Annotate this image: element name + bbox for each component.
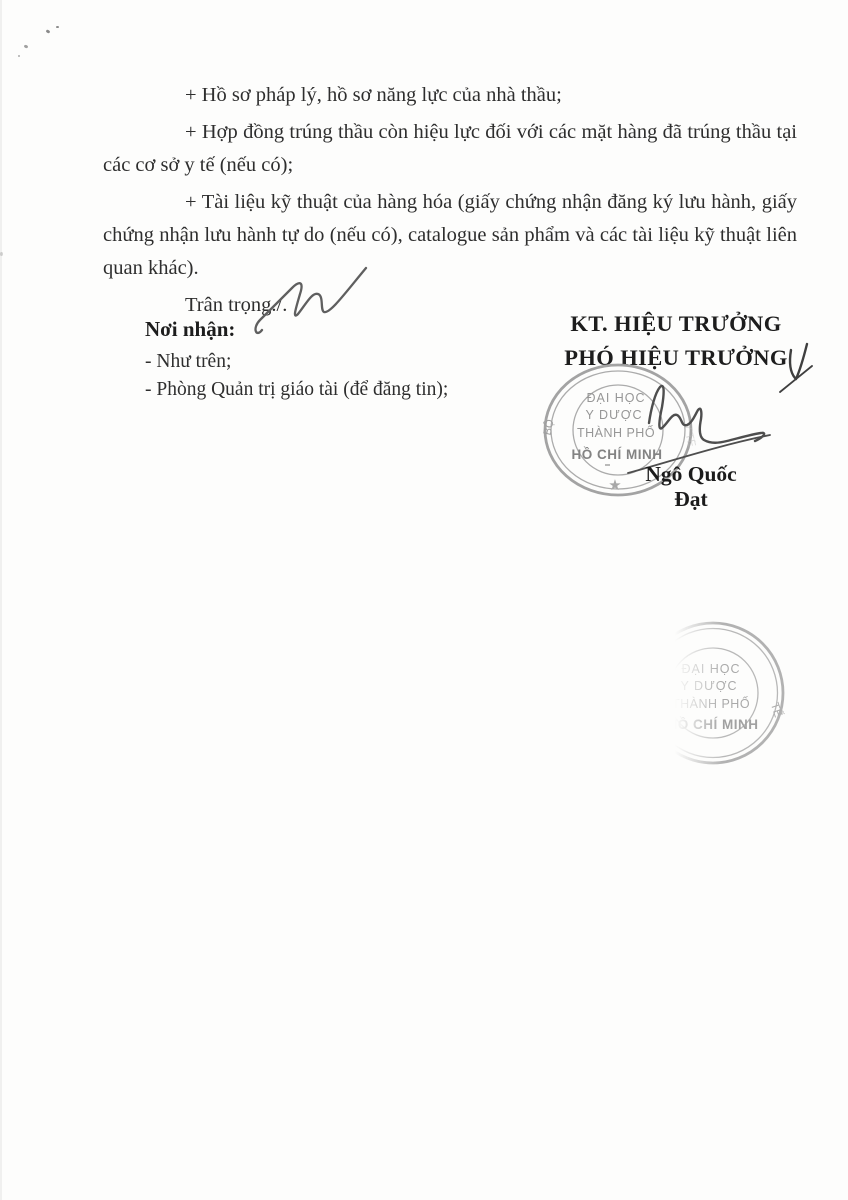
partial-seal-line3: THÀNH PHỐ	[672, 696, 750, 711]
scan-speck	[0, 252, 3, 256]
document-page: + Hồ sơ pháp lý, hồ sơ năng lực của nhà …	[0, 0, 848, 1200]
paragraph-legal-docs: + Hồ sơ pháp lý, hồ sơ năng lực của nhà …	[103, 79, 797, 112]
recipient-item: - Như trên;	[145, 351, 448, 372]
seal-ring-text-left: BỘ	[541, 418, 557, 437]
partial-seal: ĐẠI HỌC Y DƯỢC THÀNH PHỐ HỒ CHÍ MINH TẾ	[633, 613, 793, 773]
scan-speck	[46, 29, 51, 34]
partial-seal-line4: HỒ CHÍ MINH	[668, 717, 759, 732]
recipient-item: - Phòng Quản trị giáo tài (để đăng tin);	[145, 379, 448, 400]
paragraph-tech-docs: + Tài liệu kỹ thuật của hàng hóa (giấy c…	[103, 186, 797, 285]
seal-dash	[605, 464, 610, 466]
signer-name: Ngô Quốc Đạt	[626, 462, 756, 512]
scan-speck	[24, 44, 29, 48]
document-body: + Hồ sơ pháp lý, hồ sơ năng lực của nhà …	[103, 79, 797, 326]
scan-speck	[18, 55, 20, 57]
signer-title-1: KT. HIỆU TRƯỞNG	[556, 312, 796, 335]
scan-edge	[0, 0, 2, 1200]
recipients-heading: Nơi nhận:	[145, 317, 448, 342]
partial-seal-line1: ĐẠI HỌC	[681, 662, 740, 676]
recipients-block: Nơi nhận: - Như trên; - Phòng Quản trị g…	[145, 317, 448, 407]
paragraph-contracts: + Hợp đồng trúng thầu còn hiệu lực đối v…	[103, 116, 797, 182]
partial-seal-line2: Y DƯỢC	[680, 679, 737, 693]
scan-speck	[56, 26, 59, 28]
